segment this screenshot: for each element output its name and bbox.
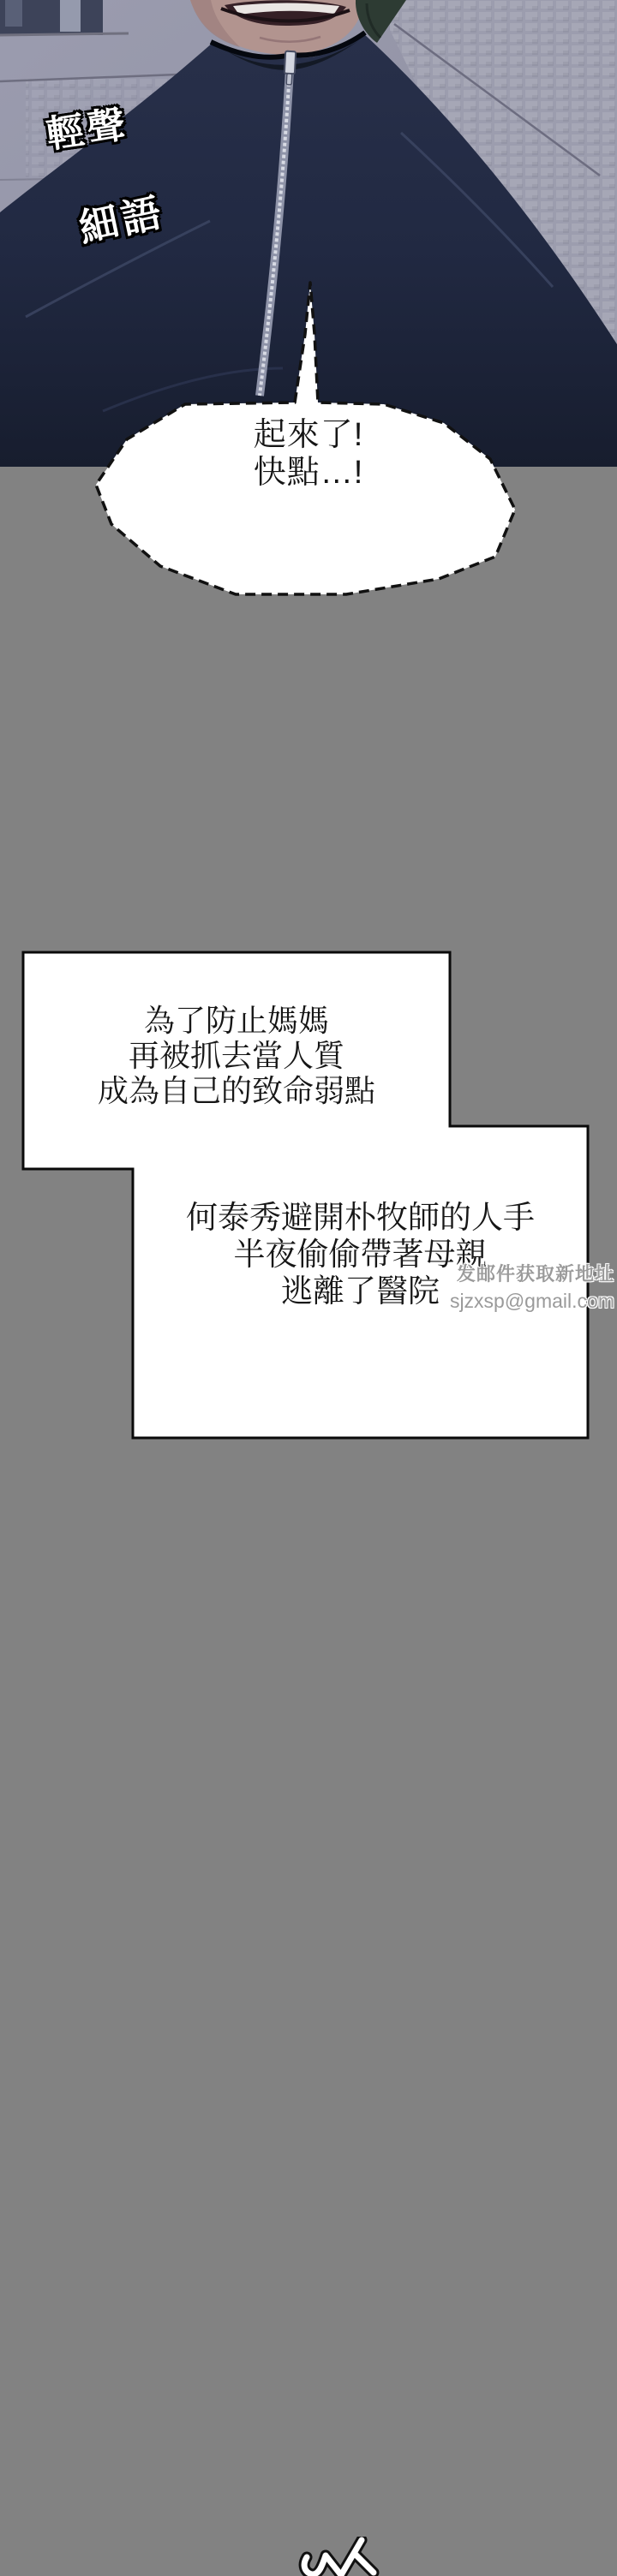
caption-line: 何泰秀避開朴牧師的人手 (135, 1199, 585, 1236)
watermark-email: sjzxsp@gmail.com (450, 1291, 614, 1311)
caption-line: 再被抓去當人質 (26, 1038, 447, 1073)
speech-line: 快點…! (223, 454, 394, 492)
caption-line: 成為自己的致命弱點 (26, 1073, 447, 1108)
doodle-scribble-icon (298, 2537, 380, 2576)
watermark: 发邮件获取新地址 sjzxsp@gmail.com (450, 1265, 614, 1311)
watermark-text-cn: 发邮件获取新地址 (450, 1265, 614, 1284)
speech-bubble-text: 起來了! 快點…! (223, 416, 394, 492)
caption-line: 為了防止媽媽 (26, 1003, 447, 1038)
speech-line: 起來了! (223, 416, 394, 454)
comic-page: 輕聲 細語 起來了! 快點…! 為了防止媽媽 再被抓去當人質 成為自己的致命弱點… (0, 0, 617, 2576)
caption-box-1: 為了防止媽媽 再被抓去當人質 成為自己的致命弱點 (26, 1003, 447, 1108)
